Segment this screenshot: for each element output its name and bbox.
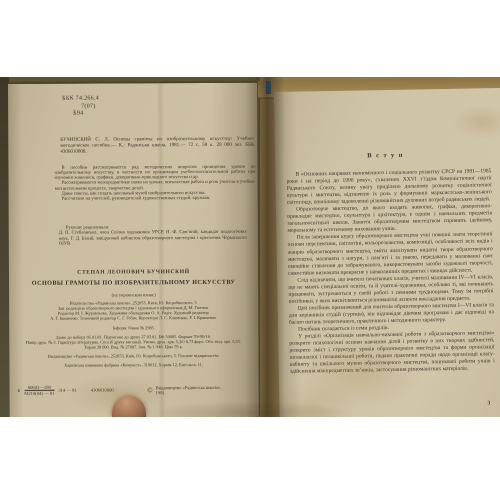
formula-prefix: Б: [18, 388, 21, 393]
copyright-icon: ©: [147, 386, 152, 394]
book-photo-canvas: ББК 74.266.4 7(07) Б94 БУЧИНСКИЙ С. Л. О…: [0, 0, 500, 500]
annotation-block: В пособии рассматривается ряд методическ…: [54, 165, 255, 202]
udc-code: 7(07): [81, 103, 99, 111]
copyright-text: Видавництво «Радянська школа», 1981: [156, 384, 228, 394]
classification-block: ББК 74.266.4 7(07) Б94: [62, 96, 99, 119]
annotation-paragraph: Рассчитано на учителей, руководителей ху…: [55, 196, 256, 202]
book-title: ОСНОВЫ ГРАМОТЫ ПО ИЗОБРАЗИТЕЛЬНОМУ ИСКУС…: [9, 279, 258, 287]
copyright-block: © Видавництво «Радянська школа», 1981: [147, 384, 227, 394]
intro-paragraph: Після завершення курсу образотворчого ми…: [288, 232, 494, 278]
left-page: ББК 74.266.4 7(07) Б94 БУЧИНСКИЙ С. Л. О…: [8, 81, 259, 417]
language-note: (на украинском языке): [9, 292, 258, 298]
author-name: СТЕПАН ЛЕОНОВИЧ БУЧИНСКИЙ: [9, 269, 258, 276]
chapter-heading: Вступ: [275, 150, 499, 161]
author-title-block: СТЕПАН ЛЕОНОВИЧ БУЧИНСКИЙ ОСНОВЫ ГРАМОТЫ…: [9, 269, 258, 298]
imprint-line: А. Г. Івахненко. Технічний редактор С. Г…: [22, 315, 244, 321]
reviewers-block: Рукопис рецензували: Д. П. Стебловська, …: [59, 225, 247, 248]
formula-denominator: М210(04) — 81: [24, 390, 54, 396]
introduction-text: В «Основних напрямах економічного і соці…: [286, 168, 495, 376]
intro-paragraph: Образотворче мистецтво, до якого входять…: [287, 203, 492, 235]
catalog-card: БУЧИНСКИЙ С. Л. Основы грамоты по изобра…: [60, 137, 254, 155]
reviewers-list: Д. П. Стебловська, член Спілки художникі…: [59, 230, 247, 247]
bbk-code: ББК 74.266.4: [62, 96, 99, 104]
imprint-line: Видавництво «Радянська школа», 252053, К…: [22, 353, 244, 359]
formula-code: 4306010000: [91, 387, 114, 392]
intro-paragraph: Слід відзначити, що вчителі початкових к…: [288, 274, 493, 306]
intro-paragraph: У розділі «Організація навчально-виховно…: [289, 330, 495, 376]
formula-suffix: 314 — 81: [58, 388, 76, 393]
imprint-line: Інформ. бланк № 2985: [22, 324, 244, 330]
annotation-paragraph: В пособии рассматривается ряд методическ…: [54, 165, 255, 182]
index-formula-row: Б 60603—188 М210(04) — 81 314 — 81 43060…: [18, 384, 254, 396]
imprint-line: Харківська книжкова фабрика «Комуніст», …: [22, 362, 244, 368]
blue-spine-mark: [266, 81, 271, 94]
imprint-line: Папір друк. № 3. Гарнітура літературна. …: [22, 339, 244, 350]
author-sign: Б94: [73, 111, 99, 119]
open-book-photo: ББК 74.266.4 7(07) Б94 БУЧИНСКИЙ С. Л. О…: [0, 77, 500, 417]
imprint-block: Издательство «Радянська школа», 252053, …: [22, 300, 244, 369]
intro-paragraph: В «Основних напрямах економічного і соці…: [286, 168, 492, 207]
formula-fraction: 60603—188 М210(04) — 81: [24, 385, 54, 396]
page-number: 3: [487, 400, 490, 406]
right-page: Вступ В «Основних напрямах економічного …: [274, 88, 500, 417]
